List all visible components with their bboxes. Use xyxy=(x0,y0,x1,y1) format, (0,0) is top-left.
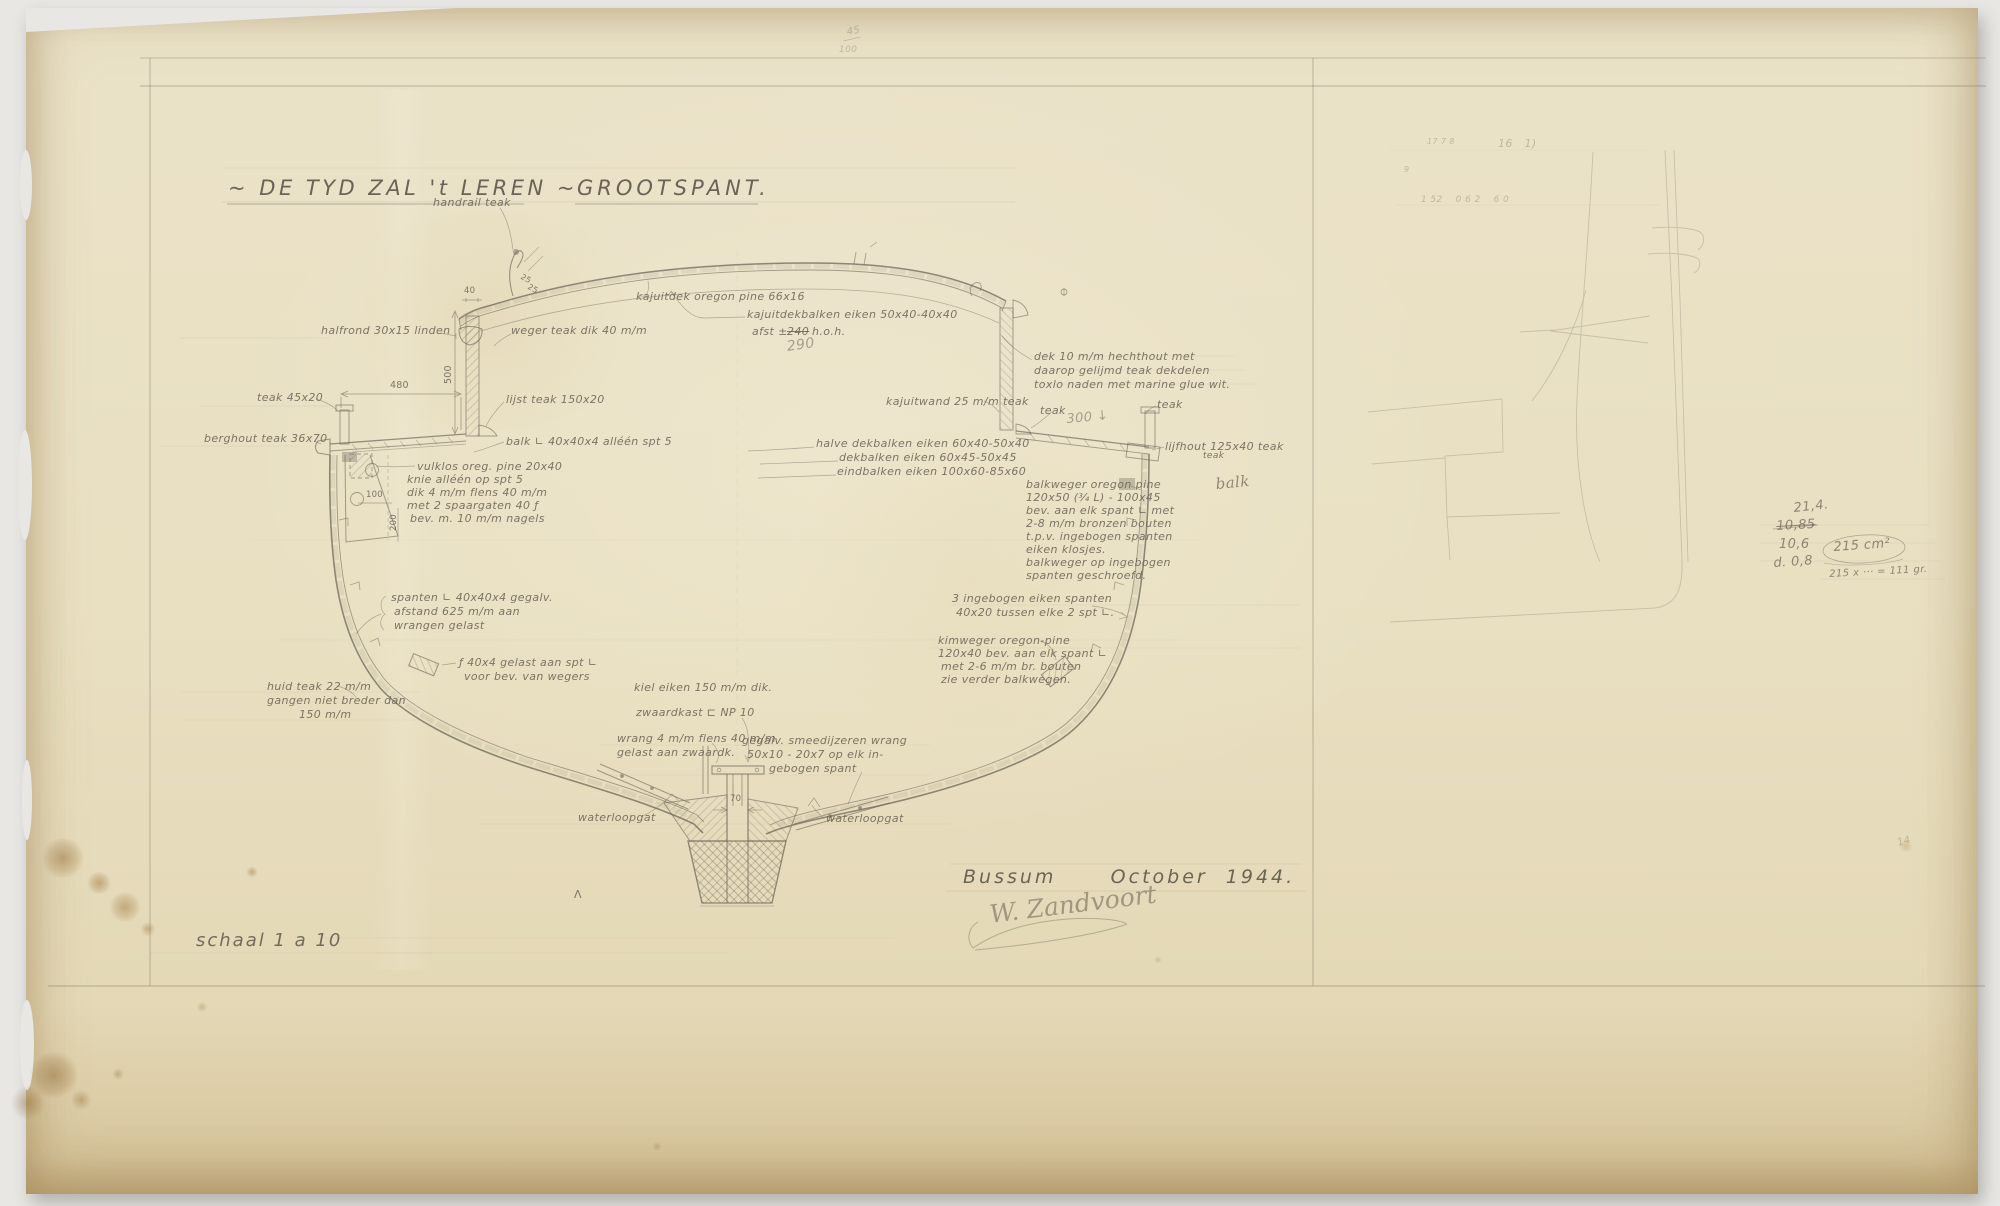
calc-circle xyxy=(1773,525,1906,565)
signature-flourish xyxy=(969,918,1127,950)
floor-straps xyxy=(597,746,890,830)
right-panel-sketch xyxy=(1368,150,1704,622)
side-decks xyxy=(316,405,1161,490)
cabin-sides xyxy=(459,300,1031,436)
knee-detail xyxy=(345,454,398,542)
hull-section-drawing xyxy=(314,37,1164,906)
keel-assembly xyxy=(664,766,820,906)
guide-lines xyxy=(150,150,1945,953)
correction-strokes xyxy=(843,37,861,41)
handrail-detail xyxy=(510,247,1067,296)
hull-planking xyxy=(330,454,1149,834)
photographed-drawing-sheet: { "document": { "title": "~ DE TYD ZAL '… xyxy=(0,0,2000,1206)
border-frame xyxy=(48,58,1986,986)
drawing-linework xyxy=(0,0,2000,1206)
